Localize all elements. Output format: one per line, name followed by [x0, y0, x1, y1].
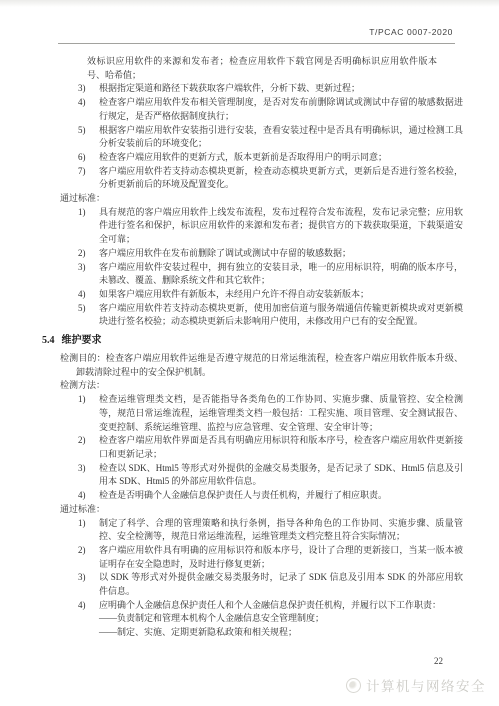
- method-item-prev: 4) 检查客户端应用软件发布相关管理制度，是否对发布前删除调试或测试中存留的敏感…: [78, 96, 463, 123]
- list-item-number: 4): [78, 288, 99, 302]
- pass-standard-label: 通过标准：: [60, 192, 463, 206]
- list-item-text: 根据指定渠道和路径下载获取客户端软件，分析下载、更新过程；: [99, 82, 463, 96]
- test-purpose-paragraph: 检测目的：检查客户端应用软件运维是否遵守规范的日常运维流程，检查客户端应用软件版…: [60, 352, 463, 379]
- list-item-text: 应明确个人金融信息保护责任人和个人金融信息保护责任机构，并履行以下工作职责：: [99, 599, 463, 613]
- list-item-text: 检查客户端应用软件发布相关管理制度，是否对发布前删除调试或测试中存留的敏感数据进…: [99, 96, 463, 123]
- list-item-number: 3): [78, 462, 99, 489]
- list-item-number: 3): [78, 82, 99, 96]
- list-item-text: 根据客户端应用软件安装指引进行安装，查看安装过程中是否具有明确标识，通过检测工具…: [99, 124, 463, 151]
- method-item: 1) 检查运维管理类文档，是否能指导各类角色的工作协同、实施步骤、质量管控、安全…: [78, 393, 463, 434]
- document-body: 效标识应用软件的来源和发布者；检查应用软件下载官网是否明确标识应用软件版本号、哈…: [0, 44, 499, 640]
- list-item-number: 2): [78, 544, 99, 571]
- list-item-text: 具有规范的客户端应用软件上线发布流程，发布过程符合发布流程，发布记录完整；应用软…: [99, 206, 463, 247]
- list-item-text: 检查客户端应用软件界面是否具有明确应用标识符和版本序号，检查客户端应用软件更新接…: [99, 434, 463, 461]
- list-item-number: 6): [78, 151, 99, 165]
- pass-item: 1) 具有规范的客户端应用软件上线发布流程，发布过程符合发布流程，发布记录完整；…: [78, 206, 463, 247]
- method-item: 3) 检查以 SDK、Html5 等形式对外提供的金融交易类服务，是否记录了 S…: [78, 462, 463, 489]
- method-item-prev: 5) 根据客户端应用软件安装指引进行安装，查看安装过程中是否具有明确标识，通过检…: [78, 124, 463, 151]
- list-item-number: 1): [78, 206, 99, 247]
- list-item-number: 3): [78, 261, 99, 288]
- list-item-number: 3): [78, 571, 99, 598]
- test-method-label: 检测方法：: [60, 379, 463, 393]
- pass-item: 2) 客户端应用软件具有明确的应用标识符和版本序号，设计了合理的更新接口，当某一…: [78, 544, 463, 571]
- list-item-text: 检查是否明确个人金融信息保护责任人与责任机构，并履行了相应职责。: [99, 489, 463, 503]
- list-item-number: 4): [78, 489, 99, 503]
- method-item-prev: 7) 客户端应用软件若支持动态模块更新，检查动态模块更新方式，更新后是否进行签名…: [78, 165, 463, 192]
- doc-number: T/PCAC 0007-2020: [369, 27, 453, 37]
- method-item: 4) 检查是否明确个人金融信息保护责任人与责任机构，并履行了相应职责。: [78, 489, 463, 503]
- method-item-prev: 3) 根据指定渠道和路径下载获取客户端软件，分析下载、更新过程；: [78, 82, 463, 96]
- watermark-logo-icon: [346, 678, 361, 693]
- section-number: 5.4: [42, 335, 55, 346]
- list-item-text: 客户端应用软件具有明确的应用标识符和版本序号，设计了合理的更新接口，当某一版本被…: [99, 544, 463, 571]
- pass-item: 1) 制定了科学、合理的管理策略和执行条例，指导各种角色的工作协同、实施步骤、质…: [78, 517, 463, 544]
- list-item-text: 客户端应用软件若支持动态模块更新，检查动态模块更新方式，更新后是否进行签名校验，…: [99, 165, 463, 192]
- method-item-prev: 6) 检查客户端应用软件的更新方式，版本更新前是否取得用户的明示同意；: [78, 151, 463, 165]
- pass-item: 4) 如果客户端应用软件有新版本，未经用户允许不得自动安装新版本；: [78, 288, 463, 302]
- paragraph-continuation: 效标识应用软件的来源和发布者；检查应用软件下载官网是否明确标识应用软件版本号、哈…: [87, 55, 437, 82]
- pass-item: 2) 客户端应用软件在发布前删除了调试或测试中存留的敏感数据；: [78, 247, 463, 261]
- method-item: 2) 检查客户端应用软件界面是否具有明确应用标识符和版本序号，检查客户端应用软件…: [78, 434, 463, 461]
- list-item-text: 检查客户端应用软件的更新方式，版本更新前是否取得用户的明示同意；: [99, 151, 463, 165]
- scan-edge-shading: [0, 0, 499, 7]
- pass-item: 5) 客户端应用软件若支持动态模块更新，使用加密信道与服务端通信传输更新模块或对…: [78, 302, 463, 329]
- pass-standard-label: 通过标准：: [60, 503, 463, 517]
- list-item-text: 检查运维管理类文档，是否能指导各类角色的工作协同、实施步骤、质量管控、安全检测等…: [99, 393, 463, 434]
- list-item-text: 检查以 SDK、Html5 等形式对外提供的金融交易类服务，是否记录了 SDK、…: [99, 462, 463, 489]
- watermark-text: 计算机与网络安全: [366, 675, 486, 695]
- pass-item: 3) 以 SDK 等形式对外提供金融交易类服务时，记录了 SDK 信息及引用本 …: [78, 571, 463, 598]
- list-item-text: 以 SDK 等形式对外提供金融交易类服务时，记录了 SDK 信息及引用本 SDK…: [99, 571, 463, 598]
- section-title: 维护要求: [62, 335, 102, 346]
- list-item-text: 客户端应用软件安装过程中，拥有独立的安装目录，唯一的应用标识符，明确的版本序号，…: [99, 261, 463, 288]
- list-item-text: 如果客户端应用软件有新版本，未经用户允许不得自动安装新版本；: [99, 288, 463, 302]
- list-item-text: 客户端应用软件若支持动态模块更新，使用加密信道与服务端通信传输更新模块或对更新模…: [99, 302, 463, 329]
- list-item-text: 客户端应用软件在发布前删除了调试或测试中存留的敏感数据；: [99, 247, 463, 261]
- list-item-number: 2): [78, 434, 99, 461]
- pass-item: 3) 客户端应用软件安装过程中，拥有独立的安装目录，唯一的应用标识符，明确的版本…: [78, 261, 463, 288]
- dash-sub-item: ——负责制定和管理本机构个人金融信息安全管理制度；: [99, 612, 463, 626]
- page-number: 22: [434, 656, 443, 666]
- list-item-number: 4): [78, 599, 99, 613]
- list-item-number: 1): [78, 393, 99, 434]
- list-item-number: 4): [78, 96, 99, 123]
- list-item-number: 1): [78, 517, 99, 544]
- dash-sub-item: ——制定、实施、定期更新隐私政策和相关规程；: [99, 626, 463, 640]
- watermark-footer: 计算机与网络安全: [346, 675, 486, 695]
- list-item-number: 2): [78, 247, 99, 261]
- list-item-number: 5): [78, 124, 99, 151]
- list-item-number: 7): [78, 165, 99, 192]
- list-item-number: 5): [78, 302, 99, 329]
- list-item-text: 制定了科学、合理的管理策略和执行条例，指导各种角色的工作协同、实施步骤、质量管控…: [99, 517, 463, 544]
- section-heading: 5.4维护要求: [42, 334, 463, 348]
- pass-item: 4) 应明确个人金融信息保护责任人和个人金融信息保护责任机构，并履行以下工作职责…: [78, 599, 463, 613]
